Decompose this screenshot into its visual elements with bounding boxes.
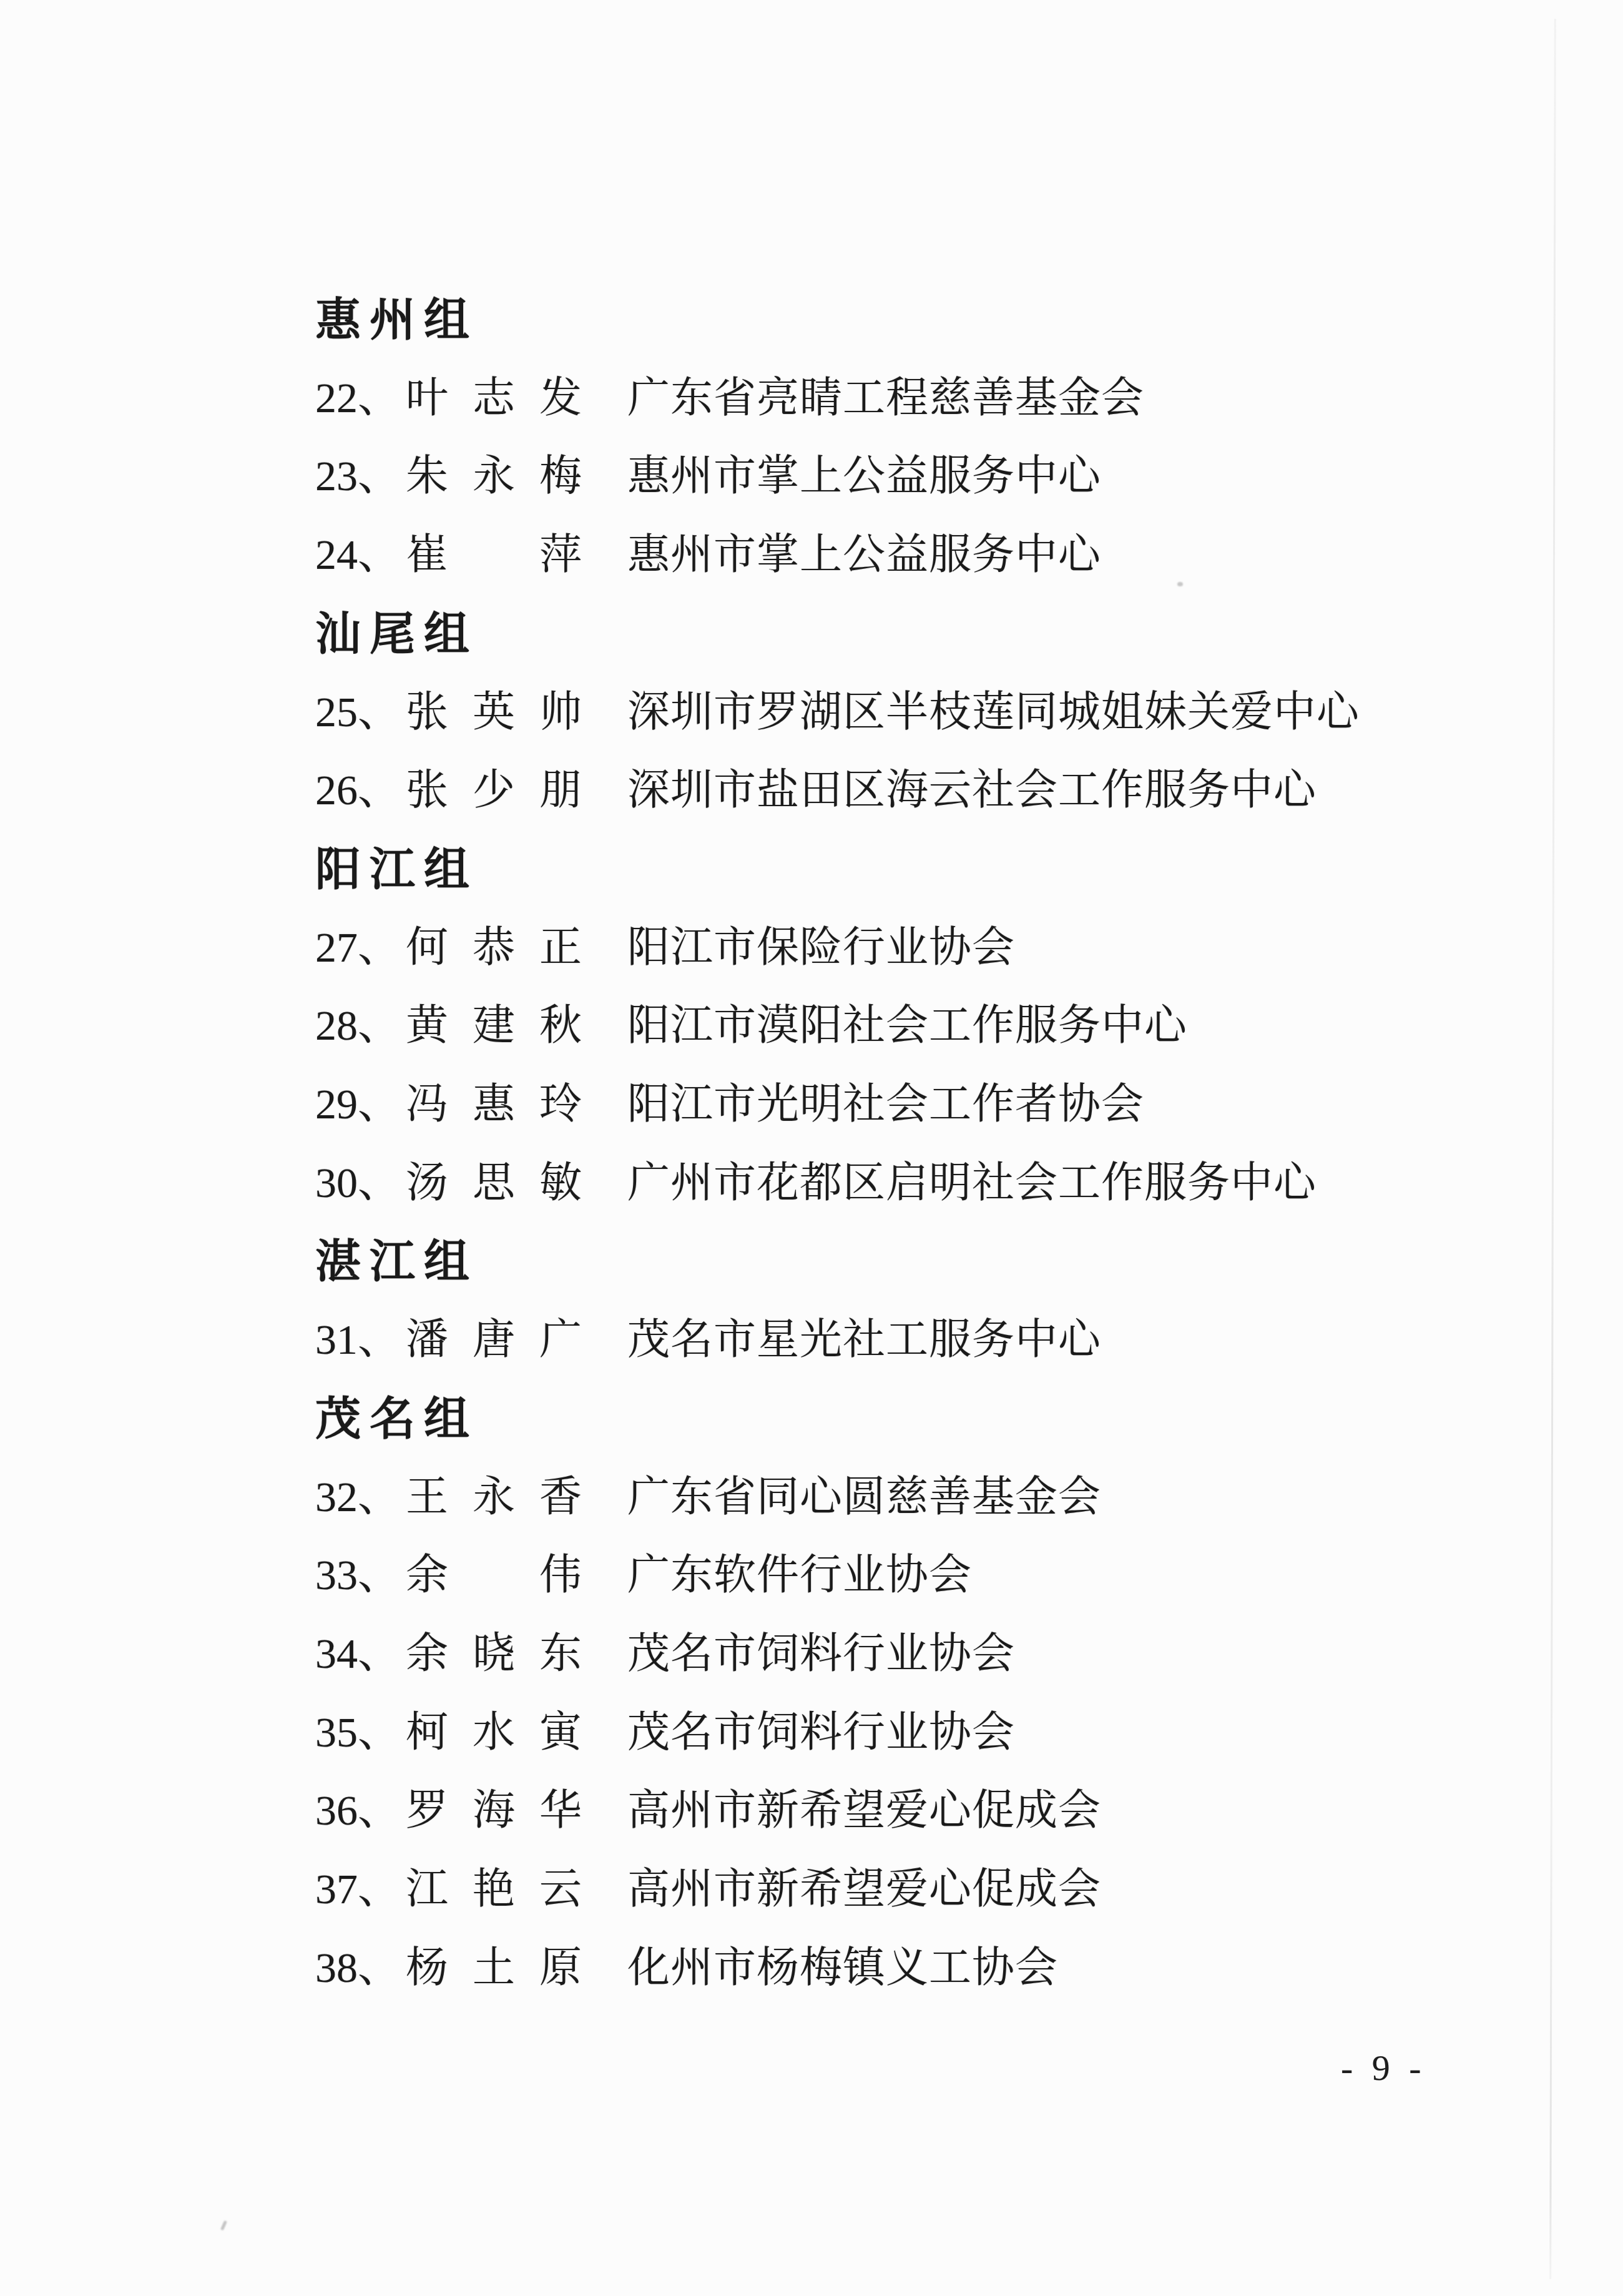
member-organization: 高州市新希望爱心促成会 — [627, 1776, 1101, 1837]
member-number: 30、 — [315, 1149, 406, 1210]
member-number: 33、 — [315, 1541, 406, 1602]
group-heading: 湛江组 — [315, 1227, 478, 1287]
member-row: 27、何恭正阳江市保险行业协会 — [315, 914, 1015, 973]
member-row: 36、罗海华高州市新希望爱心促成会 — [315, 1776, 1101, 1836]
member-organization: 高州市新希望爱心促成会 — [627, 1855, 1101, 1916]
group-heading: 阳江组 — [315, 835, 478, 895]
member-organization: 茂名市饲料行业协会 — [627, 1620, 1015, 1680]
member-name: 罗海华 — [406, 1776, 582, 1837]
member-name: 江艳云 — [406, 1855, 582, 1916]
member-organization: 阳江市保险行业协会 — [627, 914, 1015, 974]
member-number: 24、 — [315, 521, 406, 581]
member-organization: 广州市花都区启明社会工作服务中心 — [627, 1149, 1317, 1210]
member-row: 37、江艳云高州市新希望爱心促成会 — [315, 1855, 1101, 1915]
member-name: 冯惠玲 — [406, 1070, 582, 1131]
member-name: 潘唐广 — [406, 1306, 582, 1366]
member-name: 余伟 — [406, 1541, 582, 1602]
member-row: 24、崔萍惠州市掌上公益服务中心 — [315, 521, 1101, 581]
member-name: 杨土原 — [406, 1934, 582, 1994]
member-row: 35、柯水寅茂名市饲料行业协会 — [315, 1698, 1015, 1758]
member-name: 柯水寅 — [406, 1698, 582, 1759]
member-organization: 阳江市漠阳社会工作服务中心 — [627, 992, 1187, 1052]
member-number: 29、 — [315, 1070, 406, 1131]
member-organization: 惠州市掌上公益服务中心 — [627, 521, 1101, 581]
member-number: 37、 — [315, 1855, 406, 1916]
group-heading: 惠州组 — [315, 285, 478, 345]
scan-speck — [1177, 582, 1183, 586]
group-heading: 汕尾组 — [315, 599, 478, 659]
member-number: 35、 — [315, 1698, 406, 1759]
member-number: 38、 — [315, 1934, 406, 1994]
member-number: 25、 — [315, 678, 406, 739]
member-number: 31、 — [315, 1306, 406, 1366]
member-row: 28、黄建秋阳江市漠阳社会工作服务中心 — [315, 992, 1187, 1052]
member-row: 29、冯惠玲阳江市光明社会工作者协会 — [315, 1070, 1144, 1130]
member-row: 31、潘唐广茂名市星光社工服务中心 — [315, 1306, 1101, 1366]
member-name: 崔萍 — [406, 521, 582, 581]
member-number: 22、 — [315, 364, 406, 425]
member-organization: 广东省亮睛工程慈善基金会 — [627, 364, 1144, 425]
member-number: 28、 — [315, 992, 406, 1052]
member-row: 25、张英帅深圳市罗湖区半枝莲同城姐妹关爱中心 — [315, 678, 1360, 738]
member-row: 38、杨土原化州市杨梅镇义工协会 — [315, 1934, 1058, 1994]
member-organization: 深圳市盐田区海云社会工作服务中心 — [627, 756, 1317, 817]
member-number: 23、 — [315, 442, 406, 503]
member-organization: 茂名市饲料行业协会 — [627, 1698, 1015, 1759]
scan-speck — [220, 2220, 227, 2231]
member-organization: 茂名市星光社工服务中心 — [627, 1306, 1101, 1366]
group-heading: 茂名组 — [315, 1384, 478, 1444]
member-row: 26、张少朋深圳市盐田区海云社会工作服务中心 — [315, 756, 1317, 816]
member-organization: 广东软件行业协会 — [627, 1541, 972, 1602]
scan-line-artifact — [1549, 19, 1556, 2279]
member-name: 叶志发 — [406, 364, 582, 425]
member-name: 王永香 — [406, 1463, 582, 1524]
member-number: 32、 — [315, 1463, 406, 1524]
member-name: 黄建秋 — [406, 992, 582, 1052]
document-page: 惠州组22、叶志发广东省亮睛工程慈善基金会23、朱永梅惠州市掌上公益服务中心24… — [0, 0, 1623, 2296]
member-name: 汤思敏 — [406, 1149, 582, 1210]
member-row: 30、汤思敏广州市花都区启明社会工作服务中心 — [315, 1149, 1317, 1209]
page-number: - 9 - — [1341, 2047, 1426, 2089]
member-row: 23、朱永梅惠州市掌上公益服务中心 — [315, 442, 1101, 502]
member-number: 36、 — [315, 1776, 406, 1837]
member-organization: 化州市杨梅镇义工协会 — [627, 1934, 1058, 1994]
member-name: 张少朋 — [406, 756, 582, 817]
member-name: 何恭正 — [406, 914, 582, 974]
member-number: 26、 — [315, 756, 406, 817]
member-organization: 惠州市掌上公益服务中心 — [627, 442, 1101, 503]
member-organization: 阳江市光明社会工作者协会 — [627, 1070, 1144, 1131]
member-row: 32、王永香广东省同心圆慈善基金会 — [315, 1463, 1101, 1523]
member-row: 33、余伟广东软件行业协会 — [315, 1541, 972, 1601]
member-number: 27、 — [315, 914, 406, 974]
member-organization: 广东省同心圆慈善基金会 — [627, 1463, 1101, 1524]
member-row: 34、余晓东茂名市饲料行业协会 — [315, 1620, 1015, 1680]
member-name: 余晓东 — [406, 1620, 582, 1680]
member-row: 22、叶志发广东省亮睛工程慈善基金会 — [315, 364, 1144, 424]
member-name: 朱永梅 — [406, 442, 582, 503]
member-organization: 深圳市罗湖区半枝莲同城姐妹关爱中心 — [627, 678, 1360, 739]
member-number: 34、 — [315, 1620, 406, 1680]
member-name: 张英帅 — [406, 678, 582, 739]
